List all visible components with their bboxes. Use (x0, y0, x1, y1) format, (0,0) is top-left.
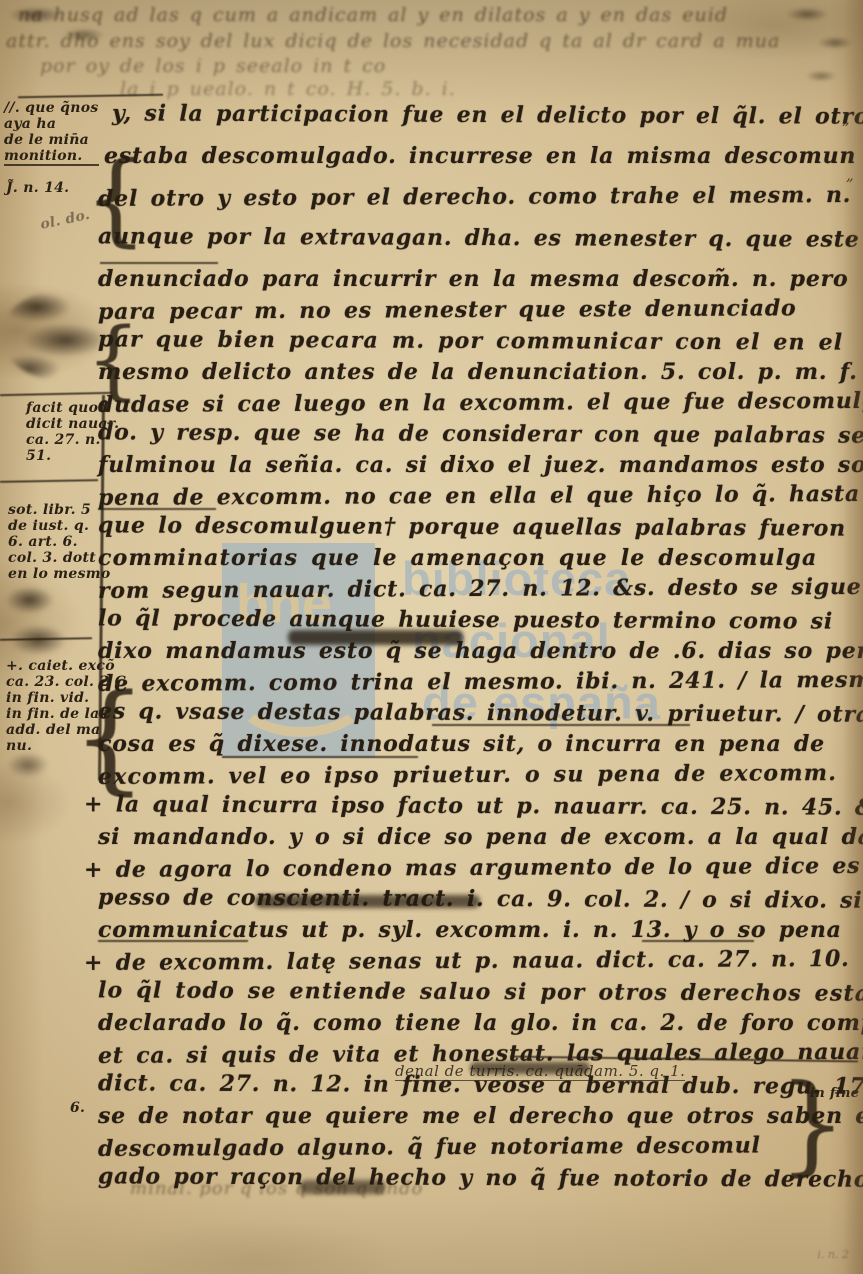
margin-note-line: aya ha (4, 116, 99, 132)
margin-note-line: 51. (26, 448, 119, 464)
manuscript-line: es q. vsase destas palabras. innodetur. … (98, 698, 850, 732)
manuscript-line: y, si la participacion fue en el delicto… (98, 100, 850, 144)
ink-smear (255, 895, 480, 908)
margin-note-6: 6. (70, 1100, 85, 1116)
manuscript-line: + la qual incurra ipso facto ut p. nauar… (84, 791, 850, 825)
margin-note-line: sot. libr. 5 (8, 502, 111, 518)
ink-smear (470, 1062, 590, 1074)
margin-note-line: de iust. q. (8, 518, 111, 534)
ink-blot (0, 730, 70, 800)
manuscript-line: + de agora lo condeno mas argumento de l… (84, 853, 850, 888)
margin-note-line: col. 3. dott (8, 550, 111, 566)
ink-blot (0, 288, 145, 383)
ink-underline (432, 724, 690, 726)
ink-blot (0, 0, 120, 50)
manuscript-line: fulminou la señia. ca. si dixo el juez. … (98, 452, 850, 483)
manuscript-page: na husq ad las q cum a andicam al y en d… (0, 0, 863, 1274)
manuscript-line: lo q̃l todo se entiende saluo si por otr… (98, 977, 850, 1011)
manuscript-line: par que bien pecara m. por communicar co… (98, 326, 850, 360)
manuscript-line: declarado lo q̃. como tiene la glo. in c… (98, 1010, 850, 1041)
manuscript-line: denunciado para incurrir en la mesma des… (98, 266, 850, 297)
manuscript-line: que lo descomulguen† porque aquellas pal… (98, 512, 850, 546)
margin-brace: { (84, 140, 148, 257)
manuscript-line: excomm. vel eo ipso priuetur. o su pena … (98, 760, 850, 795)
manuscript-line: aunque por la extravagan. dha. es menest… (98, 223, 850, 267)
margin-brace: { (72, 668, 147, 806)
manuscript-line: mesmo delicto antes de la denunciation. … (98, 359, 850, 390)
closing-brace: } (778, 1062, 847, 1187)
manuscript-line: comminatorias que le amenaçon que le des… (98, 545, 850, 576)
ink-smear (288, 630, 463, 645)
ink-underline (642, 940, 754, 942)
ink-smear (300, 1180, 385, 1194)
margin-note-line: ca. 27. n. (26, 432, 119, 448)
ink-blot (0, 575, 85, 675)
manuscript-line: si mandando. y o si dice so pena de exco… (98, 824, 850, 855)
manuscript-line: + de excomm. latę senas ut p. naua. dict… (84, 946, 850, 981)
main-text-block: y, si la participacion fue en el delicto… (98, 102, 850, 1196)
ink-underline (98, 508, 216, 510)
margin-note-line: //. que q̃nos (4, 100, 99, 116)
manuscript-line: estaba descomulgado. incurrese en la mis… (98, 143, 850, 184)
manuscript-line: communicatus ut p. syl. excomm. i. n. 13… (98, 917, 850, 948)
ink-underline (222, 756, 418, 758)
margin-note-line: 6. art. 6. (8, 534, 111, 550)
manuscript-line: do. y resp. que se ha de considerar con … (98, 419, 850, 453)
manuscript-line: cosa es q̃ dixese. innodatus sit, o incu… (98, 731, 850, 762)
manuscript-line: descomulgado alguno. q̃ fue notoriame de… (98, 1132, 850, 1167)
margin-note-line: dicit nauar. (26, 416, 119, 432)
ink-underline (100, 262, 218, 264)
manuscript-line: pena de excomm. no cae en ella el que hi… (98, 481, 850, 516)
ink-underline (98, 940, 248, 942)
margin-note-jn14: J̃. n. 14. (6, 180, 69, 196)
manuscript-line: para pecar m. no es menester que este de… (98, 295, 850, 330)
manuscript-line: del otro y esto por el derecho. como tra… (98, 182, 850, 227)
manuscript-line: dixo mandamus esto q̃ se haga dentro de … (98, 638, 850, 669)
margin-note-soto: sot. libr. 5 de iust. q. 6. art. 6. col.… (8, 502, 111, 582)
manuscript-line: lo q̃l procede aunque huuiese puesto ter… (98, 605, 850, 639)
manuscript-line: de excomm. como trina el mesmo. ibi. n. … (98, 667, 850, 702)
manuscript-line: rom segun nauar. dict. ca. 27. n. 12. &s… (98, 574, 850, 609)
manuscript-line: gado por raçon del hecho y no q̃ fue not… (98, 1163, 850, 1197)
page-edge-shadow (843, 0, 863, 1274)
manuscript-line: dudase si cae luego en la excomm. el que… (98, 388, 850, 423)
manuscript-line: se de notar que quiere me el derecho que… (98, 1103, 850, 1134)
